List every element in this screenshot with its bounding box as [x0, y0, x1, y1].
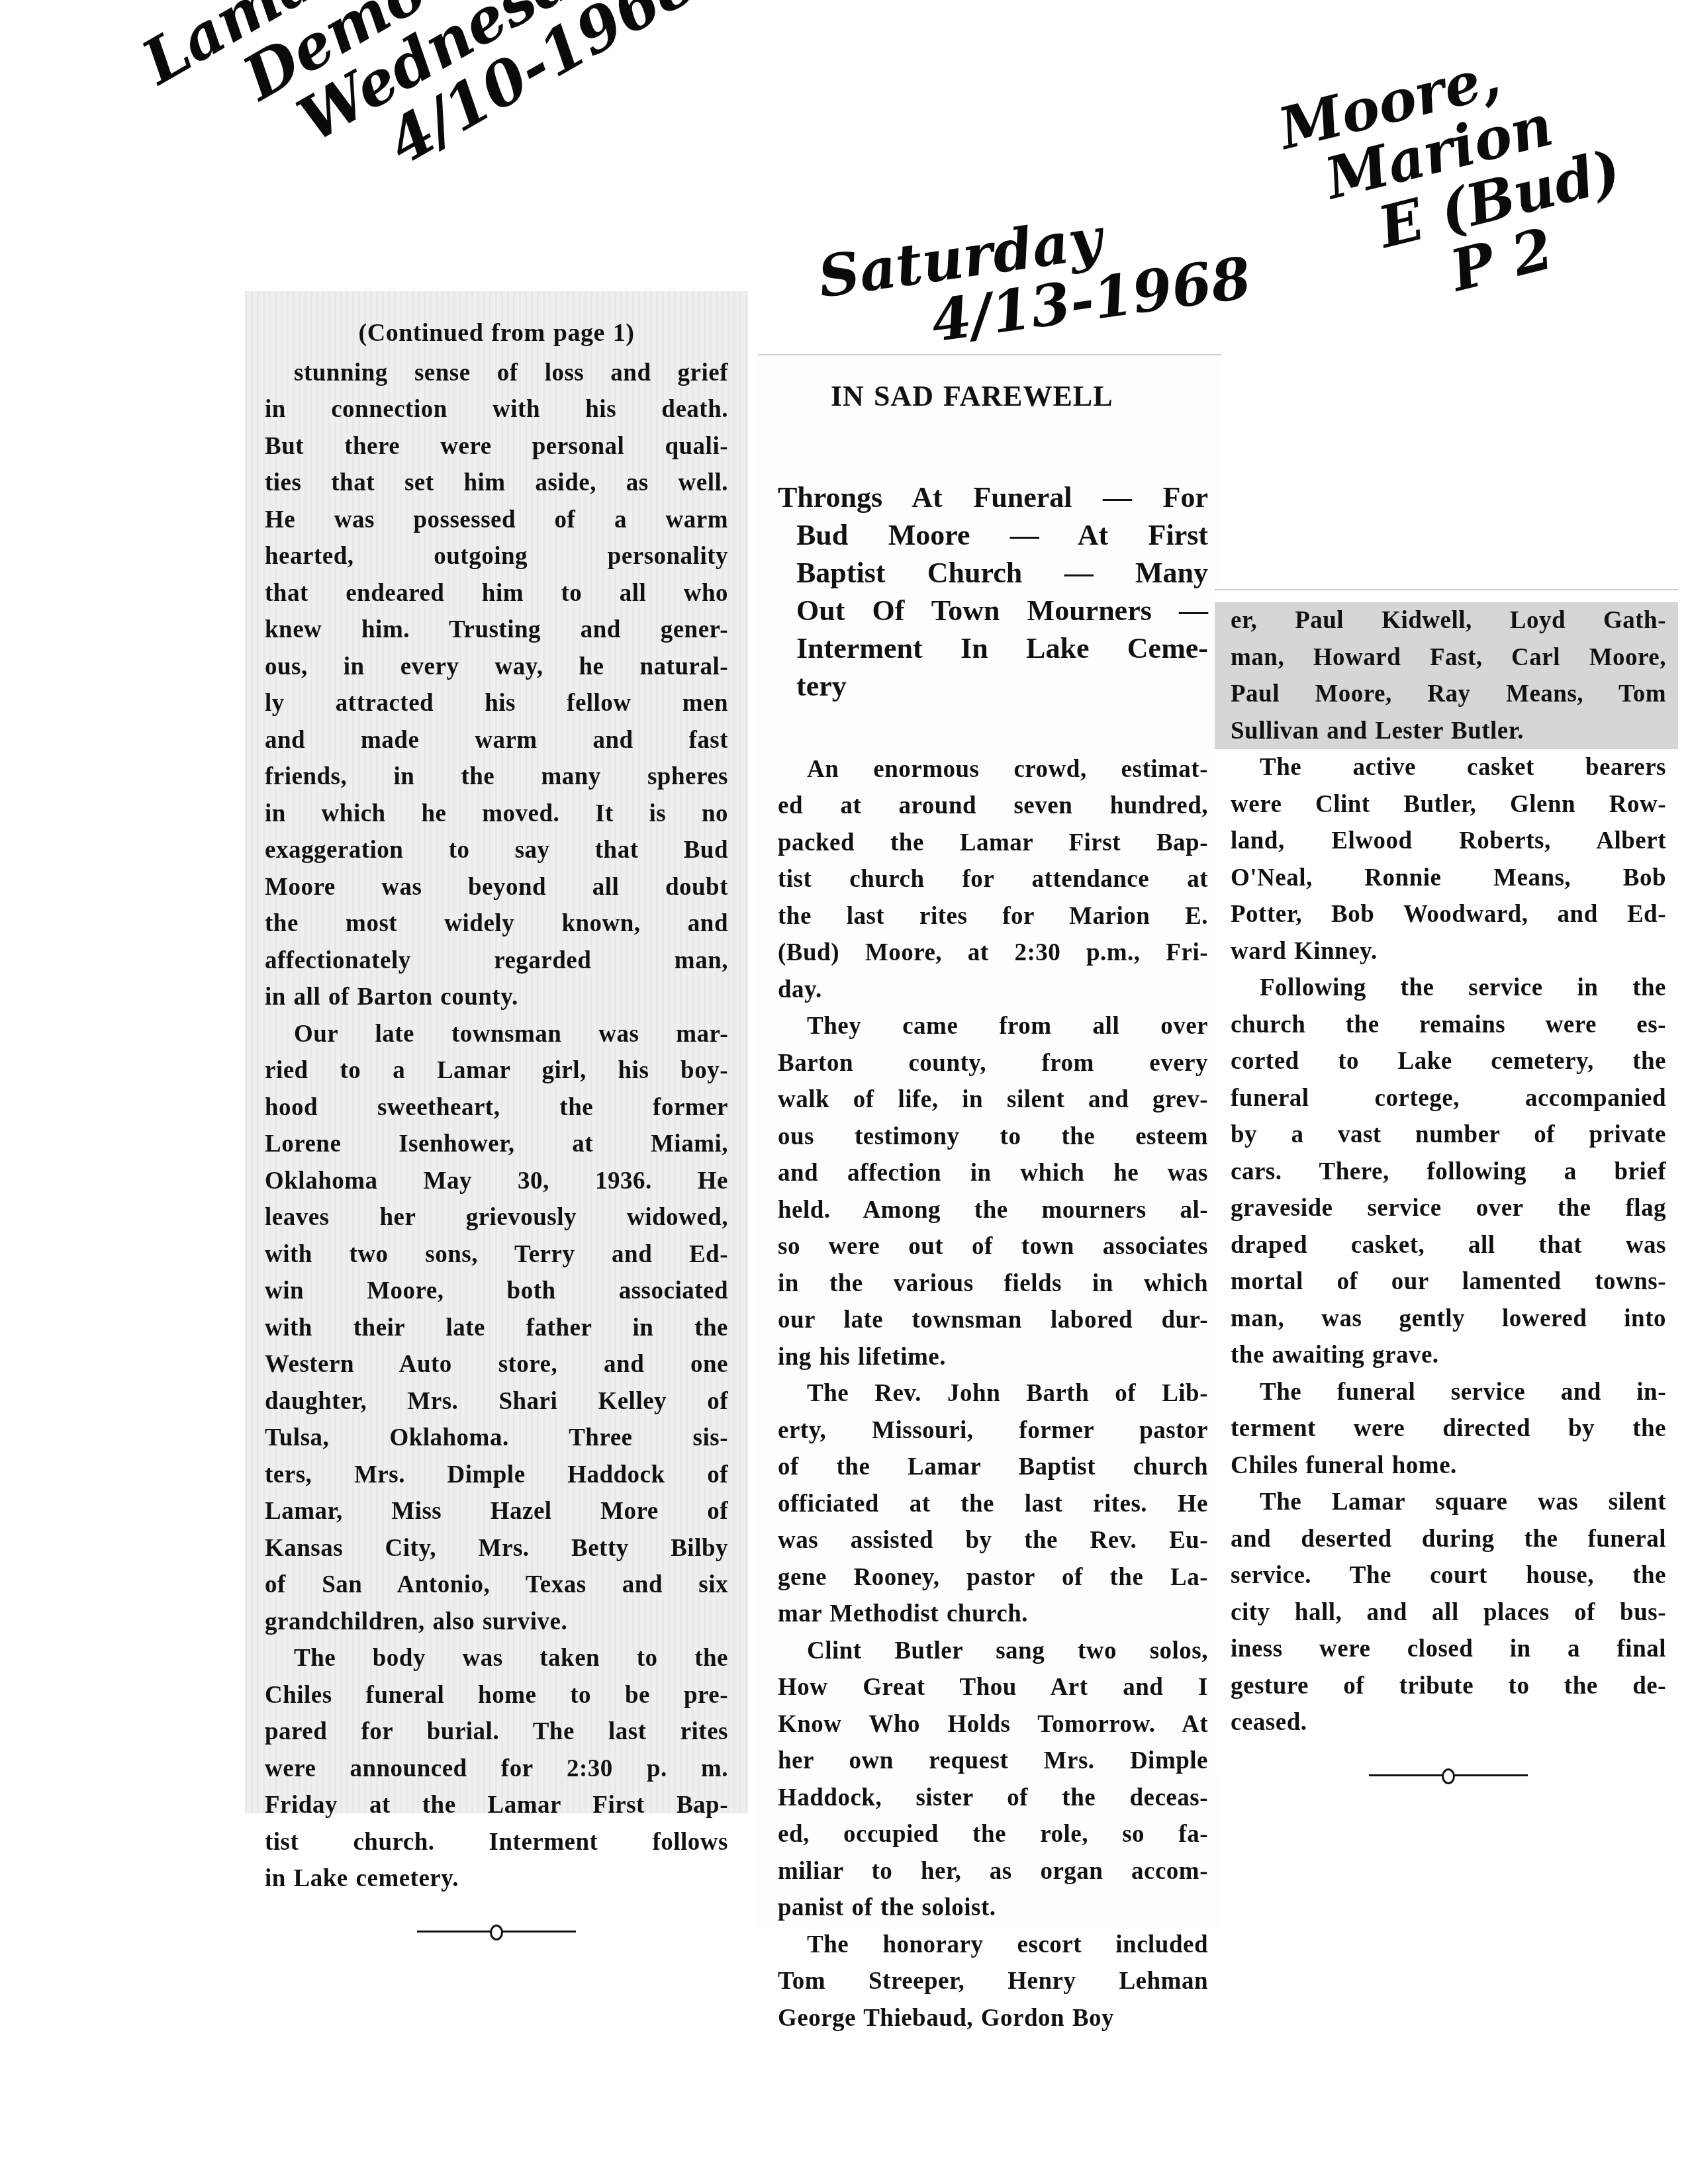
text-line: The Rev. John Barth of Lib- — [778, 1375, 1208, 1412]
text-line: the last rites for Marion E. — [778, 898, 1208, 935]
text-line: church the remains were es- — [1231, 1007, 1666, 1044]
text-line: Oklahoma May 30, 1936. He — [265, 1163, 728, 1200]
text-line: The body was taken to the — [265, 1640, 728, 1677]
paragraph: The active casket bearerswere Clint Butl… — [1231, 749, 1666, 970]
text-line: ried to a Lamar girl, his boy- — [265, 1052, 728, 1089]
text-line: pared for burial. The last rites — [265, 1713, 728, 1751]
text-line: (Bud) Moore, at 2:30 p.m., Fri- — [778, 934, 1208, 972]
text-line: tist church. Interment follows — [265, 1824, 728, 1861]
text-line: mar Methodist church. — [778, 1596, 1208, 1633]
text-line: Know Who Holds Tomorrow. At — [778, 1706, 1208, 1743]
text-line: mortal of our lamented towns- — [1231, 1263, 1666, 1300]
text-line: Chiles funeral home to be pre- — [265, 1677, 728, 1714]
text-line: in which he moved. It is no — [265, 796, 728, 833]
text-line: The Lamar square was silent — [1231, 1484, 1666, 1521]
text-line: ous, in every way, he natural- — [265, 649, 728, 686]
text-line: cars. There, following a brief — [1231, 1154, 1666, 1191]
text-line: Tom Streeper, Henry Lehman — [778, 1963, 1208, 2000]
text-line: The honorary escort included — [778, 1927, 1208, 1964]
text-line: An enormous crowd, estimat- — [778, 751, 1208, 788]
text-line: were announced for 2:30 p. m. — [265, 1751, 728, 1788]
text-line: gesture of tribute to the de- — [1231, 1668, 1666, 1705]
headline-line: tery — [778, 667, 1208, 705]
headline-line: Interment In Lake Ceme- — [778, 629, 1208, 667]
end-divider — [1369, 1768, 1528, 1782]
text-line: hood sweetheart, the former — [265, 1089, 728, 1126]
text-line: was assisted by the Rev. Eu- — [778, 1522, 1208, 1559]
text-line: tist church for attendance at — [778, 861, 1208, 898]
text-line: terment were directed by the — [1231, 1410, 1666, 1447]
text-line: ous testimony to the esteem — [778, 1118, 1208, 1156]
paragraph: stunning sense of loss and griefin conne… — [265, 355, 728, 1016]
paragraph: Clint Butler sang two solos,How Great Th… — [778, 1633, 1208, 1927]
text-line: Chiles funeral home. — [1231, 1447, 1666, 1484]
text-line: of San Antonio, Texas and six — [265, 1567, 728, 1604]
text-line: Lamar, Miss Hazel More of — [265, 1493, 728, 1530]
text-line: our late townsman labored dur- — [778, 1302, 1208, 1339]
text-line: of the Lamar Baptist church — [778, 1449, 1208, 1486]
text-line: by a vast number of private — [1231, 1116, 1666, 1154]
text-line: Kansas City, Mrs. Betty Bilby — [265, 1530, 728, 1567]
text-line: walk of life, in silent and grev- — [778, 1081, 1208, 1118]
text-line: But there were personal quali- — [265, 428, 728, 465]
text-line: grandchildren, also survive. — [265, 1604, 728, 1641]
text-line: and affection in which he was — [778, 1155, 1208, 1192]
headline-line: Bud Moore — At First — [778, 516, 1208, 554]
clip-edge — [1215, 589, 1678, 590]
text-line: corted to Lake cemetery, the — [1231, 1043, 1666, 1080]
text-line: ties that set him aside, as well. — [265, 465, 728, 502]
clipping-obituary-continued: (Continued from page 1) stunning sense o… — [245, 291, 748, 1813]
continued-label: (Continued from page 1) — [265, 315, 728, 352]
text-line: city hall, and all places of bus- — [1231, 1594, 1666, 1631]
paragraph: The Lamar square was silentand deserted … — [1231, 1484, 1666, 1741]
text-line: ceased. — [1231, 1704, 1666, 1741]
text-line: stunning sense of loss and grief — [265, 355, 728, 392]
text-line: were Clint Butler, Glenn Row- — [1231, 786, 1666, 823]
text-line: leaves her grievously widowed, — [265, 1199, 728, 1236]
text-line: Western Auto store, and one — [265, 1346, 728, 1383]
text-line: with two sons, Terry and Ed- — [265, 1236, 728, 1273]
text-line: exaggeration to say that Bud — [265, 832, 728, 869]
clipping-funeral-article: IN SAD FAREWELL Throngs At Funeral — For… — [758, 354, 1221, 1929]
text-line: the awaiting grave. — [1231, 1337, 1666, 1374]
clipping-funeral-article-continued: er, Paul Kidwell, Loyd Gath-man, Howard … — [1215, 589, 1678, 1774]
paragraph: They came from all overBarton county, fr… — [778, 1008, 1208, 1375]
text-line: How Great Thou Art and I — [778, 1669, 1208, 1706]
text-line: iness were closed in a final — [1231, 1631, 1666, 1668]
text-line: The funeral service and in- — [1231, 1374, 1666, 1411]
paragraph: The Rev. John Barth of Lib-erty, Missour… — [778, 1375, 1208, 1633]
text-line: The active casket bearers — [1231, 749, 1666, 786]
text-line: Clint Butler sang two solos, — [778, 1633, 1208, 1670]
text-line: Following the service in the — [1231, 970, 1666, 1007]
text-line: ly attracted his fellow men — [265, 685, 728, 722]
text-line: officiated at the last rites. He — [778, 1486, 1208, 1523]
text-line: Paul Moore, Ray Means, Tom — [1231, 676, 1666, 713]
text-line: ters, Mrs. Dimple Haddock of — [265, 1457, 728, 1494]
headline-line: Out Of Town Mourners — — [778, 592, 1208, 629]
text-line: Haddock, sister of the deceas- — [778, 1780, 1208, 1817]
kicker-headline: IN SAD FAREWELL — [831, 378, 1208, 415]
text-line: affectionately regarded man, — [265, 942, 728, 979]
text-line: ing his lifetime. — [778, 1339, 1208, 1376]
text-line: Friday at the Lamar First Bap- — [265, 1787, 728, 1824]
text-line: Sullivan and Lester Butler. — [1231, 713, 1666, 750]
text-line: ed at around seven hundred, — [778, 788, 1208, 825]
text-line: in connection with his death. — [265, 391, 728, 428]
text-line: held. Among the mourners al- — [778, 1192, 1208, 1229]
text-line: Moore was beyond all doubt — [265, 869, 728, 906]
text-line: day. — [778, 972, 1208, 1009]
paragraph: Following the service in thechurch the r… — [1231, 970, 1666, 1374]
end-divider — [417, 1924, 576, 1938]
text-line: He was possessed of a warm — [265, 502, 728, 539]
paragraph: The honorary escort includedTom Streeper… — [778, 1927, 1208, 2037]
text-line: Tulsa, Oklahoma. Three sis- — [265, 1420, 728, 1457]
text-line: the most widely known, and — [265, 905, 728, 942]
handwritten-note-subject-name: Moore, Marion E (Bud) P 2 — [1273, 24, 1640, 334]
text-line: and deserted during the funeral — [1231, 1521, 1666, 1558]
text-line: Our late townsman was mar- — [265, 1016, 728, 1053]
text-line: draped casket, all that was — [1231, 1227, 1666, 1264]
text-line: knew him. Trusting and gener- — [265, 612, 728, 649]
article-body: An enormous crowd, estimat-ed at around … — [778, 751, 1208, 2037]
text-line: gene Rooney, pastor of the La- — [778, 1559, 1208, 1596]
text-line: with their late father in the — [265, 1310, 728, 1347]
paragraph: An enormous crowd, estimat-ed at around … — [778, 751, 1208, 1009]
text-line: land, Elwood Roberts, Albert — [1231, 823, 1666, 860]
text-line: ward Kinney. — [1231, 933, 1666, 970]
text-line: so were out of town associates — [778, 1228, 1208, 1265]
headline: Throngs At Funeral — ForBud Moore — At F… — [778, 478, 1208, 705]
clip-edge — [758, 354, 1221, 355]
text-line: graveside service over the flag — [1231, 1190, 1666, 1227]
text-line: Barton county, from every — [778, 1045, 1208, 1082]
text-line: in Lake cemetery. — [265, 1860, 728, 1897]
text-line: miliar to her, as organ accom- — [778, 1853, 1208, 1890]
text-line: in all of Barton county. — [265, 979, 728, 1016]
text-line: service. The court house, the — [1231, 1557, 1666, 1594]
handwritten-note-newspaper-date: Lamar Democrat Wednesday 4/10-1968 — [132, 0, 708, 261]
text-line: panist of the soloist. — [778, 1889, 1208, 1927]
text-line: They came from all over — [778, 1008, 1208, 1045]
text-line: erty, Missouri, former pastor — [778, 1412, 1208, 1449]
headline-line: Throngs At Funeral — For — [778, 478, 1208, 516]
text-line: and made warm and fast — [265, 722, 728, 759]
text-line: man, Howard Fast, Carl Moore, — [1231, 639, 1666, 676]
text-line: Lorene Isenhower, at Miami, — [265, 1126, 728, 1163]
text-line: hearted, outgoing personality — [265, 538, 728, 575]
text-line: daughter, Mrs. Shari Kelley of — [265, 1383, 728, 1420]
text-line: that endeared him to all who — [265, 575, 728, 612]
paragraph: Our late townsman was mar-ried to a Lama… — [265, 1016, 728, 1641]
headline-line: Baptist Church — Many — [778, 554, 1208, 592]
paragraph: The funeral service and in-terment were … — [1231, 1374, 1666, 1484]
article-body: The active casket bearerswere Clint Butl… — [1231, 749, 1666, 1741]
text-line: win Moore, both associated — [265, 1273, 728, 1310]
text-line: packed the Lamar First Bap- — [778, 825, 1208, 862]
article-body: stunning sense of loss and griefin conne… — [265, 355, 728, 1897]
text-line: in the various fields in which — [778, 1265, 1208, 1302]
text-line: George Thiebaud, Gordon Boy — [778, 2000, 1208, 2037]
text-line: friends, in the many spheres — [265, 758, 728, 796]
text-line: her own request Mrs. Dimple — [778, 1743, 1208, 1780]
text-line: man, was gently lowered into — [1231, 1300, 1666, 1338]
text-line: funeral cortege, accompanied — [1231, 1080, 1666, 1117]
paragraph: The body was taken to theChiles funeral … — [265, 1640, 728, 1897]
handwritten-note-second-date: Saturday 4/13-1968 — [815, 189, 1255, 367]
text-line: O'Neal, Ronnie Means, Bob — [1231, 860, 1666, 897]
text-line: Potter, Bob Woodward, and Ed- — [1231, 896, 1666, 933]
honorary-escort-names: er, Paul Kidwell, Loyd Gath-man, Howard … — [1215, 602, 1678, 749]
text-line: ed, occupied the role, so fa- — [778, 1816, 1208, 1853]
text-line: er, Paul Kidwell, Loyd Gath- — [1231, 602, 1666, 639]
